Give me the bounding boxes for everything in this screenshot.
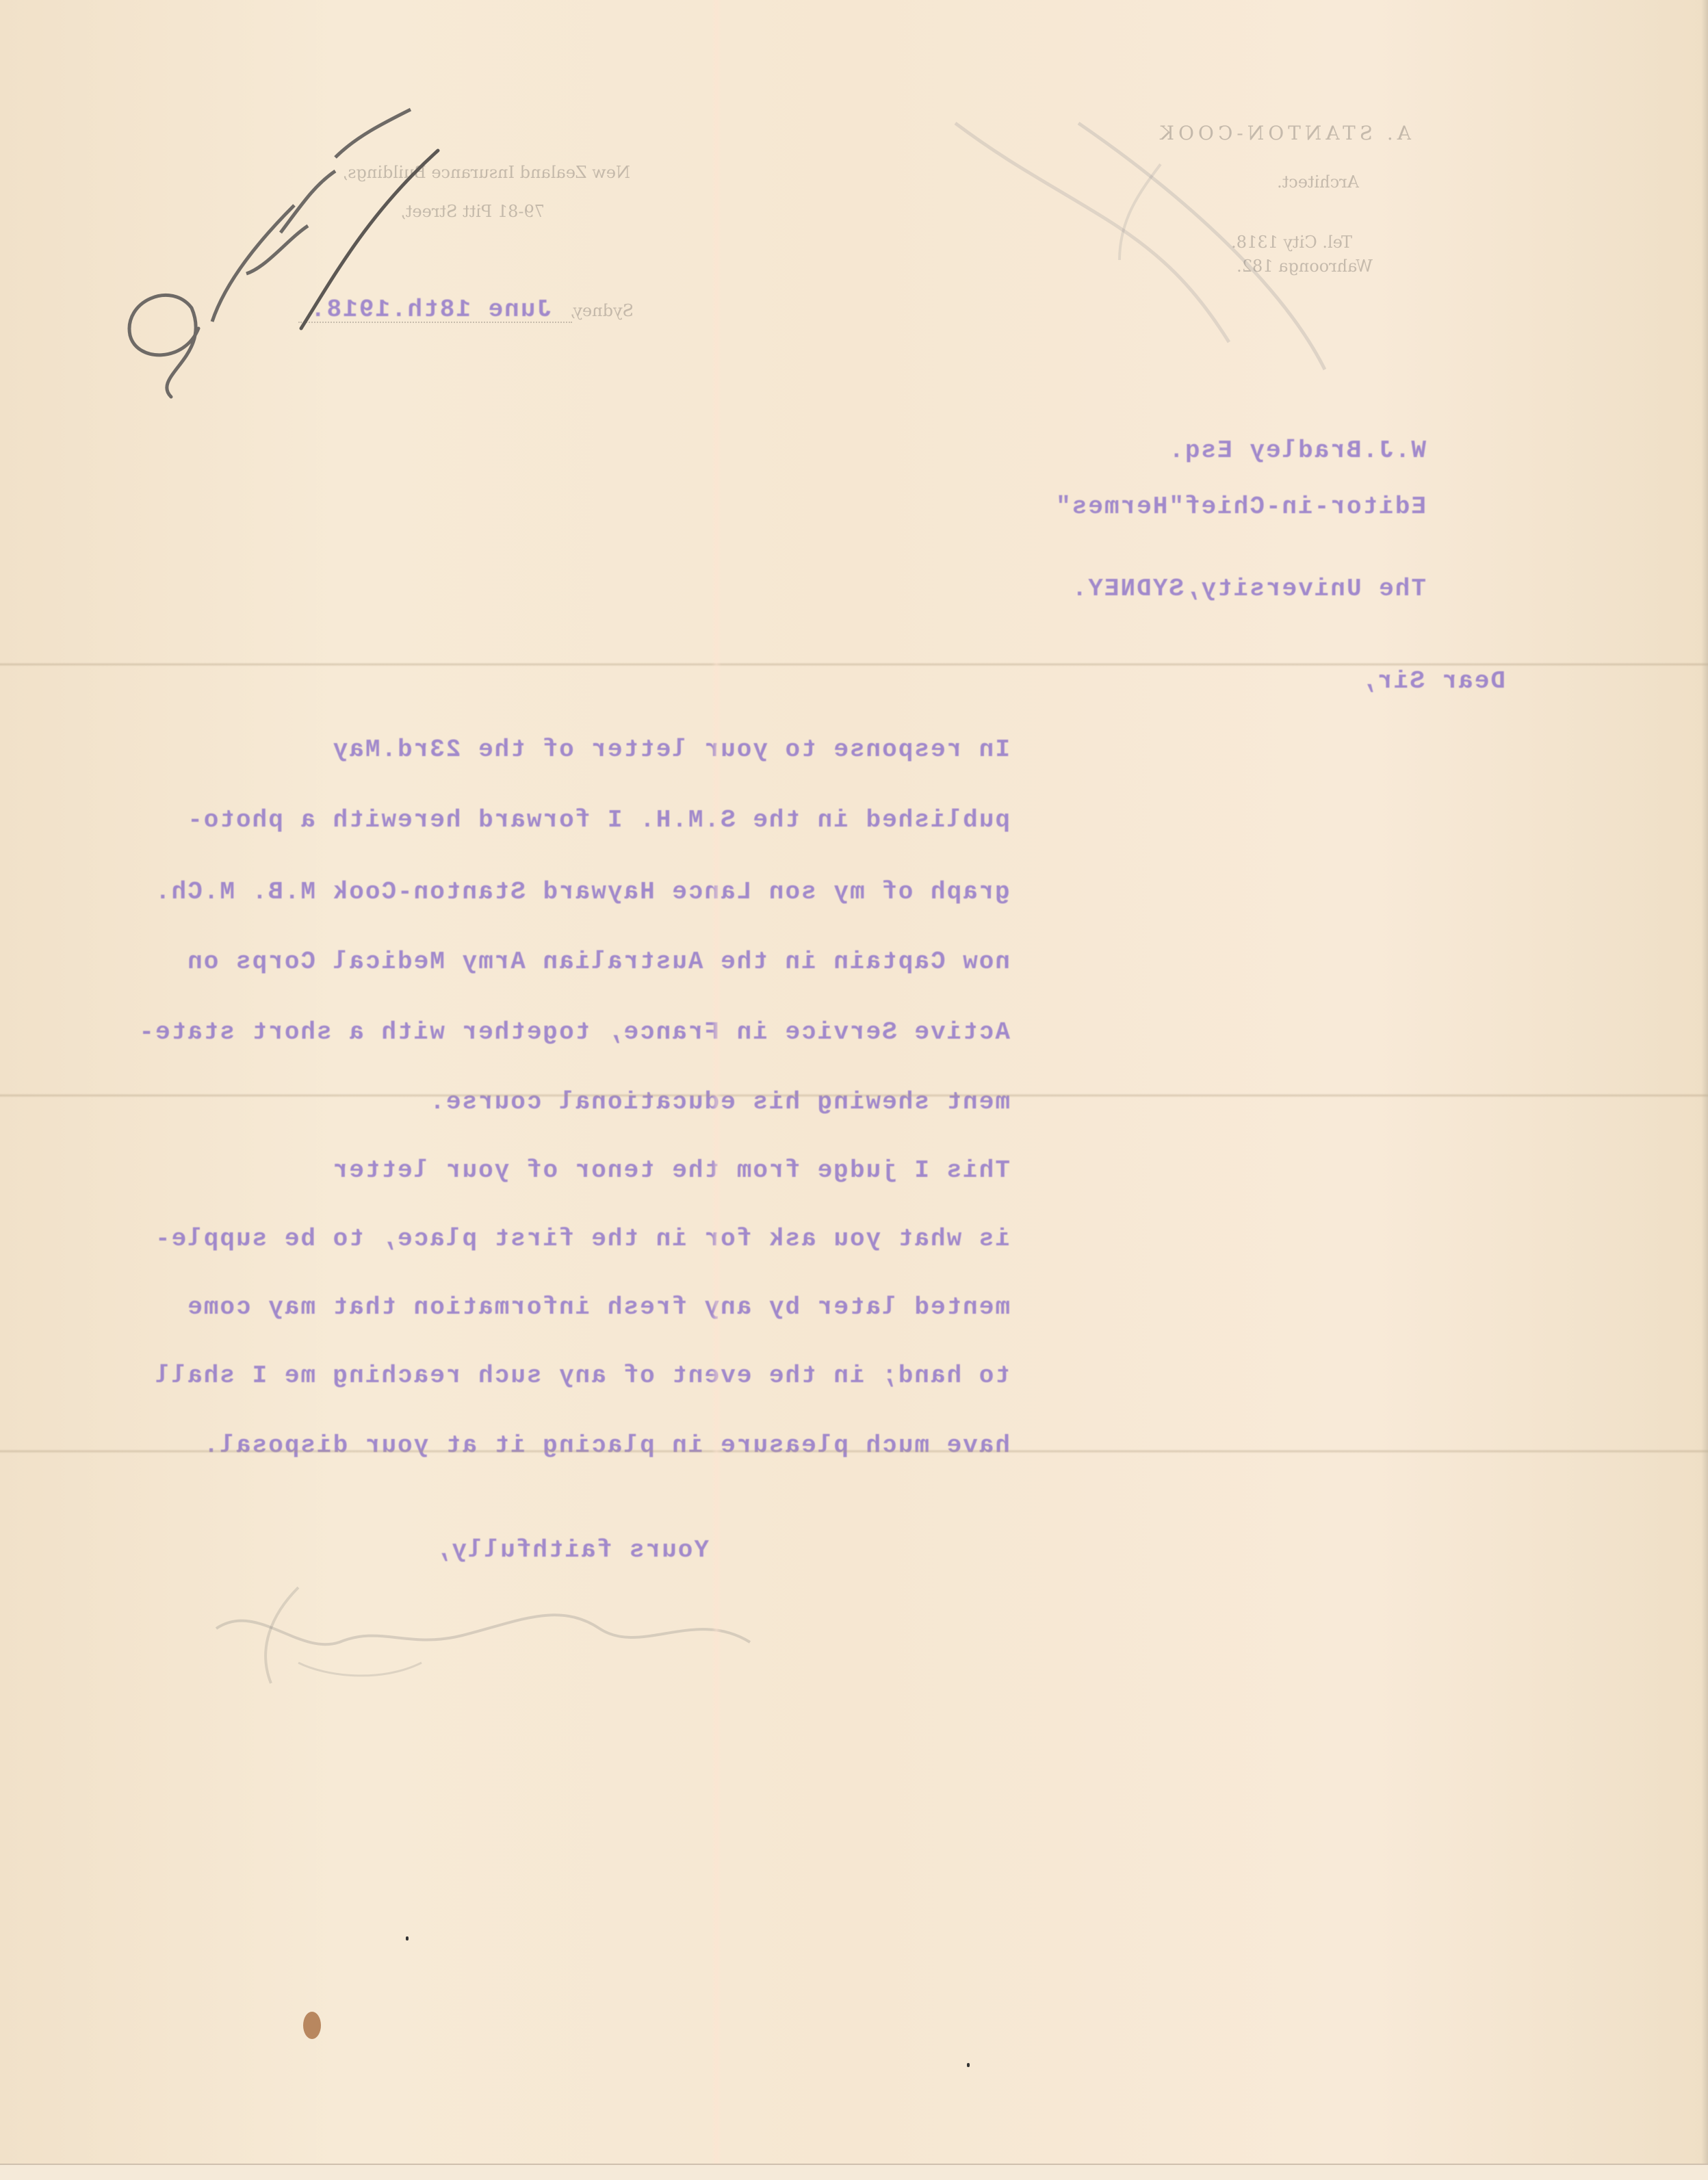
bottom-paper-edge: [0, 2164, 1708, 2180]
recipient-name: W.J.Bradley Esq.: [1167, 437, 1426, 465]
body-line: published in the S.M.H. I forward herewi…: [186, 806, 1010, 834]
pencil-annotation-text: Stanton-Cook: [212, 238, 222, 240]
ink-stain: [303, 2012, 321, 2039]
body-line: In response to your letter of the 23rd.M…: [332, 736, 1010, 764]
body-line: mented later by any fresh information th…: [186, 1293, 1010, 1321]
body-line: graph of my son Lance Hayward Stanton-Co…: [154, 878, 1010, 906]
horizontal-fold: [0, 1093, 1708, 1098]
body-line: Active Service in France, together with …: [138, 1018, 1010, 1046]
body-line: is what you ask for in the first place, …: [154, 1225, 1010, 1253]
right-paper-edge: [1701, 0, 1708, 2180]
recipient-title: Editor-in-Chief"Hermes": [1054, 493, 1426, 521]
vertical-fold: [712, 0, 721, 2180]
letter-page: A. STANTON-COOK Architect. Tel. City 131…: [0, 0, 1708, 2180]
letterhead-place: Sydney,: [570, 301, 634, 320]
paper-speck: [406, 1936, 409, 1941]
body-line: have much pleasure in placing it at your…: [203, 1431, 1010, 1459]
recipient-address: The University,SYDNEY.: [1071, 575, 1426, 603]
signature-scrawl-icon: [148, 1560, 777, 1697]
horizontal-fold: [0, 1449, 1708, 1453]
body-line: to hand; in the event of any such reachi…: [154, 1362, 1010, 1390]
body-line: now Captain in the Australian Army Medic…: [186, 948, 1010, 976]
faint-pencil-mark-icon: [921, 82, 1366, 383]
salutation: Dear Sir,: [1360, 667, 1505, 695]
horizontal-fold: [0, 662, 1708, 666]
paper-speck: [967, 2063, 970, 2067]
pencil-annotation-icon: Stanton-Cook: [109, 103, 465, 411]
body-line: This I judge from the tenor of your lett…: [332, 1156, 1010, 1184]
